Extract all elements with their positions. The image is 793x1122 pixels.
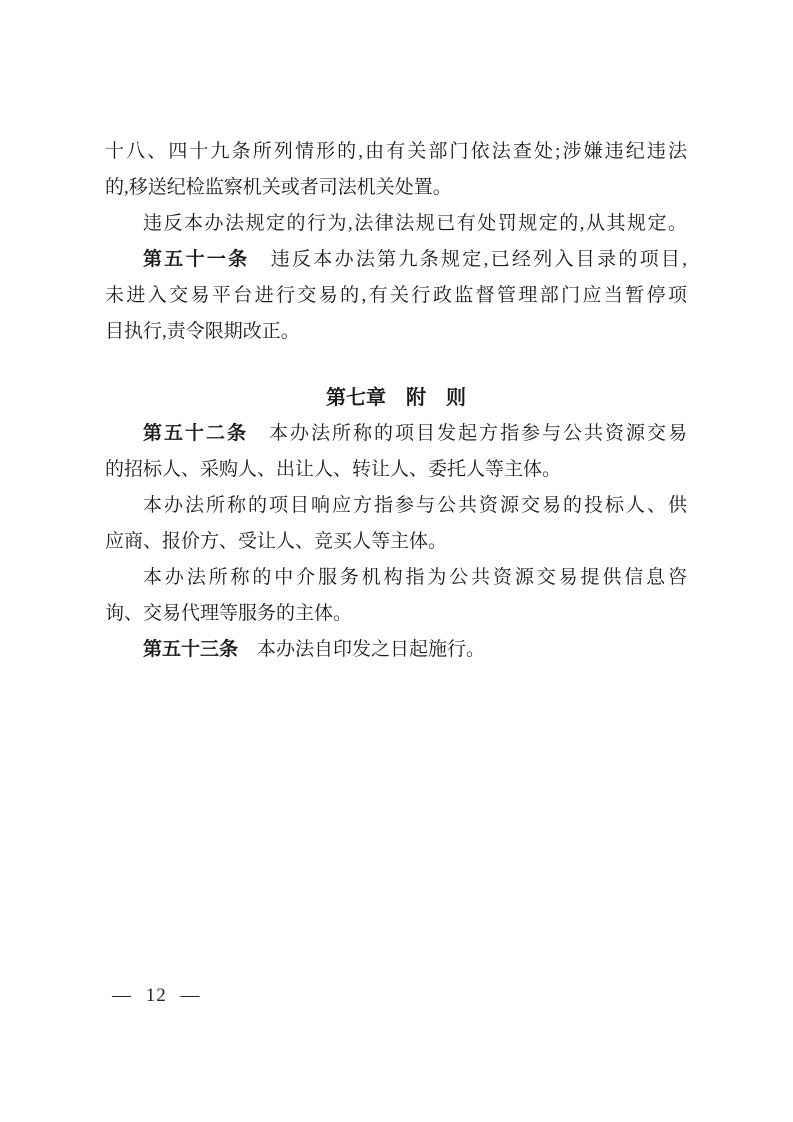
text-segment: 本办法所称的中介服务机构指为公共资源交易提供信息咨 [143, 567, 687, 588]
article-number: 第五十二条 [143, 423, 248, 444]
text-line: 目执行,责令限期改正。 [105, 314, 687, 350]
text-line: 第五十三条 本办法自印发之日起施行。 [105, 632, 687, 668]
text-line: 第五十二条 本办法所称的项目发起方指参与公共资源交易 [105, 416, 687, 452]
article-number: 第五十三条 [143, 639, 238, 660]
document-page: 十八、四十九条所列情形的,由有关部门依法查处;涉嫌违纪违法的,移送纪检监察机关或… [0, 0, 793, 1122]
text-segment: 十八、四十九条所列情形的,由有关部门依法查处;涉嫌违纪违法 [105, 141, 687, 162]
text-line: 本办法所称的中介服务机构指为公共资源交易提供信息咨 [105, 560, 687, 596]
text-line: 询、交易代理等服务的主体。 [105, 596, 687, 632]
text-line: 十八、四十九条所列情形的,由有关部门依法查处;涉嫌违纪违法 [105, 134, 687, 170]
text-segment: 违反本办法规定的行为,法律法规已有处罚规定的,从其规定。 [143, 213, 687, 234]
text-segment: 目执行,责令限期改正。 [105, 321, 300, 342]
text-line: 应商、报价方、受让人、竞买人等主体。 [105, 524, 687, 560]
text-segment: 应商、报价方、受让人、竞买人等主体。 [105, 531, 447, 552]
text-segment: 本办法所称的项目响应方指参与公共资源交易的投标人、供 [143, 495, 687, 516]
text-segment: 的,移送纪检监察机关或者司法机关处置。 [105, 177, 452, 198]
text-line: 的,移送纪检监察机关或者司法机关处置。 [105, 170, 687, 206]
text-line: 的招标人、采购人、出让人、转让人、委托人等主体。 [105, 452, 687, 488]
article-number: 第七章 附 则 [326, 387, 466, 409]
article-number: 第五十一条 [143, 249, 249, 270]
page-number: — 12 — [112, 984, 201, 1008]
text-line: 违反本办法规定的行为,法律法规已有处罚规定的,从其规定。 [105, 206, 687, 242]
text-line: 第五十一条 违反本办法第九条规定,已经列入目录的项目, [105, 242, 687, 278]
text-segment: 违反本办法第九条规定,已经列入目录的项目, [249, 249, 687, 270]
chapter-heading: 第七章 附 则 [105, 380, 687, 416]
text-segment: 的招标人、采购人、出让人、转让人、委托人等主体。 [105, 459, 561, 480]
text-line: 本办法所称的项目响应方指参与公共资源交易的投标人、供 [105, 488, 687, 524]
text-segment: 本办法自印发之日起施行。 [238, 639, 485, 660]
text-segment: 询、交易代理等服务的主体。 [105, 603, 352, 624]
text-line: 未进入交易平台进行交易的,有关行政监督管理部门应当暂停项 [105, 278, 687, 314]
text-segment: 本办法所称的项目发起方指参与公共资源交易 [248, 423, 687, 444]
document-body: 十八、四十九条所列情形的,由有关部门依法查处;涉嫌违纪违法的,移送纪检监察机关或… [105, 134, 687, 668]
text-segment: 未进入交易平台进行交易的,有关行政监督管理部门应当暂停项 [105, 285, 687, 306]
